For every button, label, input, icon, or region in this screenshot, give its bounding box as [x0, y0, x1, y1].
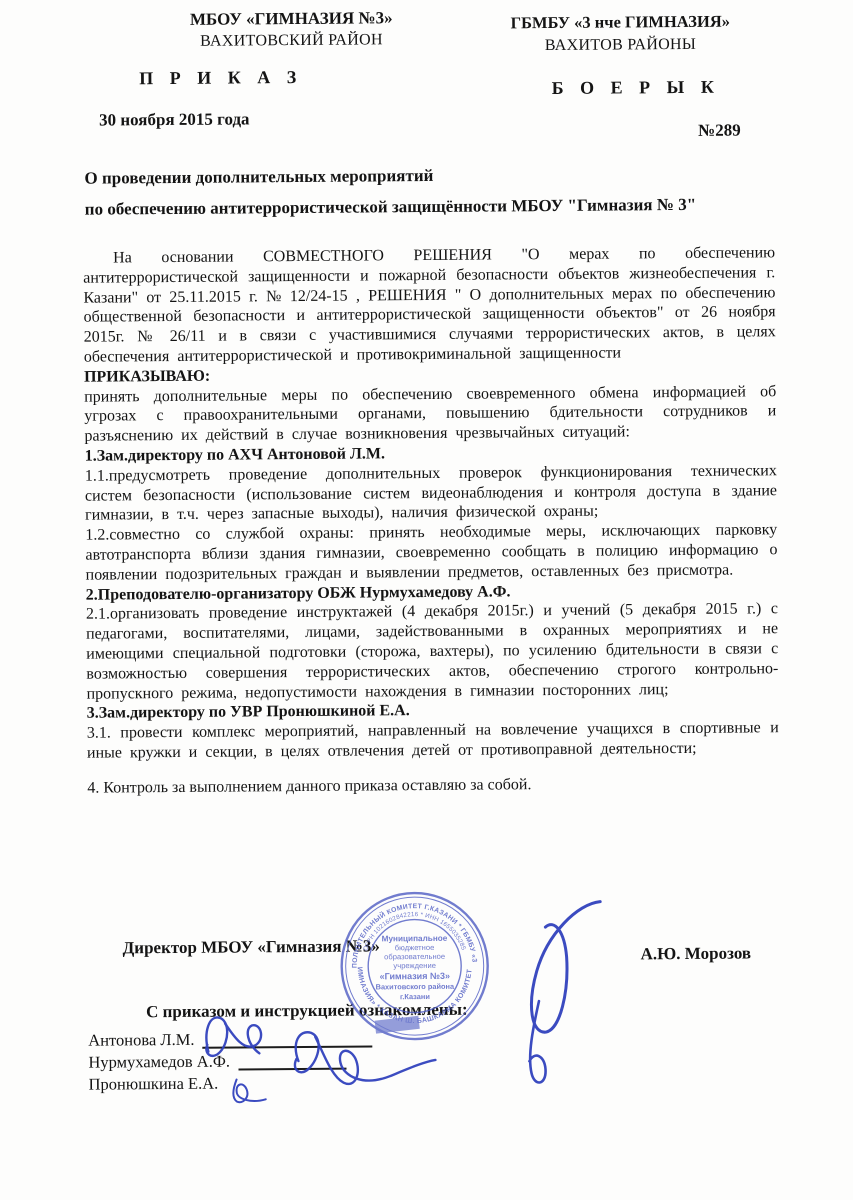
doc-title: О проведении дополнительных мероприятий … — [84, 163, 784, 219]
doc-type-ru: П Р И К А З — [111, 67, 331, 90]
body-paragraph: 2.1.организовать проведение инструктажей… — [86, 600, 779, 704]
scanned-order-page: МБОУ «ГИМНАЗИЯ №3» ВАХИТОВСКИЙ РАЙОН ГБМ… — [0, 0, 853, 1200]
director-label: Директор МБОУ «Гимназия №3» — [122, 936, 379, 958]
stamp-center-line: Муниципальное — [382, 934, 448, 944]
doc-date: 30 ноября 2015 года — [99, 109, 250, 130]
signers-list: Антонова Л.М. Нурмухамедов А.Ф. Пронюшки… — [88, 1028, 373, 1096]
org-name-ru-line2: ВАХИТОВСКИЙ РАЙОН — [111, 31, 471, 52]
signer-row: Пронюшкина Е.А. — [89, 1072, 373, 1096]
signature-line — [202, 1031, 372, 1048]
stamp-center-line: образовательное — [384, 952, 445, 961]
director-name: А.Ю. Морозов — [641, 943, 752, 964]
doc-type-tt: Б О Е Р Ы К — [521, 76, 751, 99]
doc-title-line1: О проведении дополнительных мероприятий — [84, 163, 784, 188]
signature-line — [238, 1054, 346, 1071]
signer-row: Нурмухамедов А.Ф. — [88, 1050, 372, 1074]
signer-name: Антонова Л.М. — [88, 1030, 194, 1051]
org-name-tt-line2: ВАХИТОВ РАЙОНЫ — [455, 35, 785, 56]
org-name-ru-line1: МБОУ «ГИМНАЗИЯ №3» — [111, 8, 471, 31]
scan-tilt-layer: МБОУ «ГИМНАЗИЯ №3» ВАХИТОВСКИЙ РАЙОН ГБМ… — [0, 0, 853, 1200]
stamp-center-line: «Гимназия №3» — [380, 971, 451, 982]
body-paragraph: 1.1.предусмотреть проведение дополнитель… — [85, 461, 777, 526]
signer-row: Антонова Л.М. — [88, 1028, 372, 1052]
body-paragraphs: На основании СОВМЕСТНОГО РЕШЕНИЯ "О мера… — [83, 243, 779, 798]
body-paragraph: 3.1. провести комплекс мероприятий, напр… — [87, 718, 779, 763]
stamp-center-line: Вахитовского района — [376, 982, 455, 992]
org-name-tt-line1: ГБМБУ «3 нче ГИМНАЗИЯ» — [455, 11, 785, 34]
body-paragraph: На основании СОВМЕСТНОГО РЕШЕНИЯ "О мера… — [83, 243, 776, 367]
director-signature — [528, 902, 601, 1083]
signer-name: Пронюшкина Е.А. — [89, 1074, 219, 1095]
stamp-center-line: бюджетное — [395, 943, 435, 952]
body-paragraph: 1.2.совместно со службой охраны: принять… — [85, 520, 777, 585]
doc-title-line2: по обеспечению антитеррористической защи… — [85, 194, 785, 219]
stamp-center-text: Муниципальное бюджетное образовательное … — [375, 934, 455, 1002]
body-paragraph: принять дополнительные меры по обеспечен… — [84, 382, 776, 447]
ack-heading: С приказом и инструкцией ознакомлены: — [146, 1000, 468, 1023]
signer-name: Нурмухамедов А.Ф. — [88, 1052, 230, 1073]
stamp-center-line: учреждение — [393, 961, 436, 970]
body-paragraph: 4. Контроль за выполнением данного прика… — [87, 773, 779, 798]
doc-number: №289 — [698, 121, 741, 141]
